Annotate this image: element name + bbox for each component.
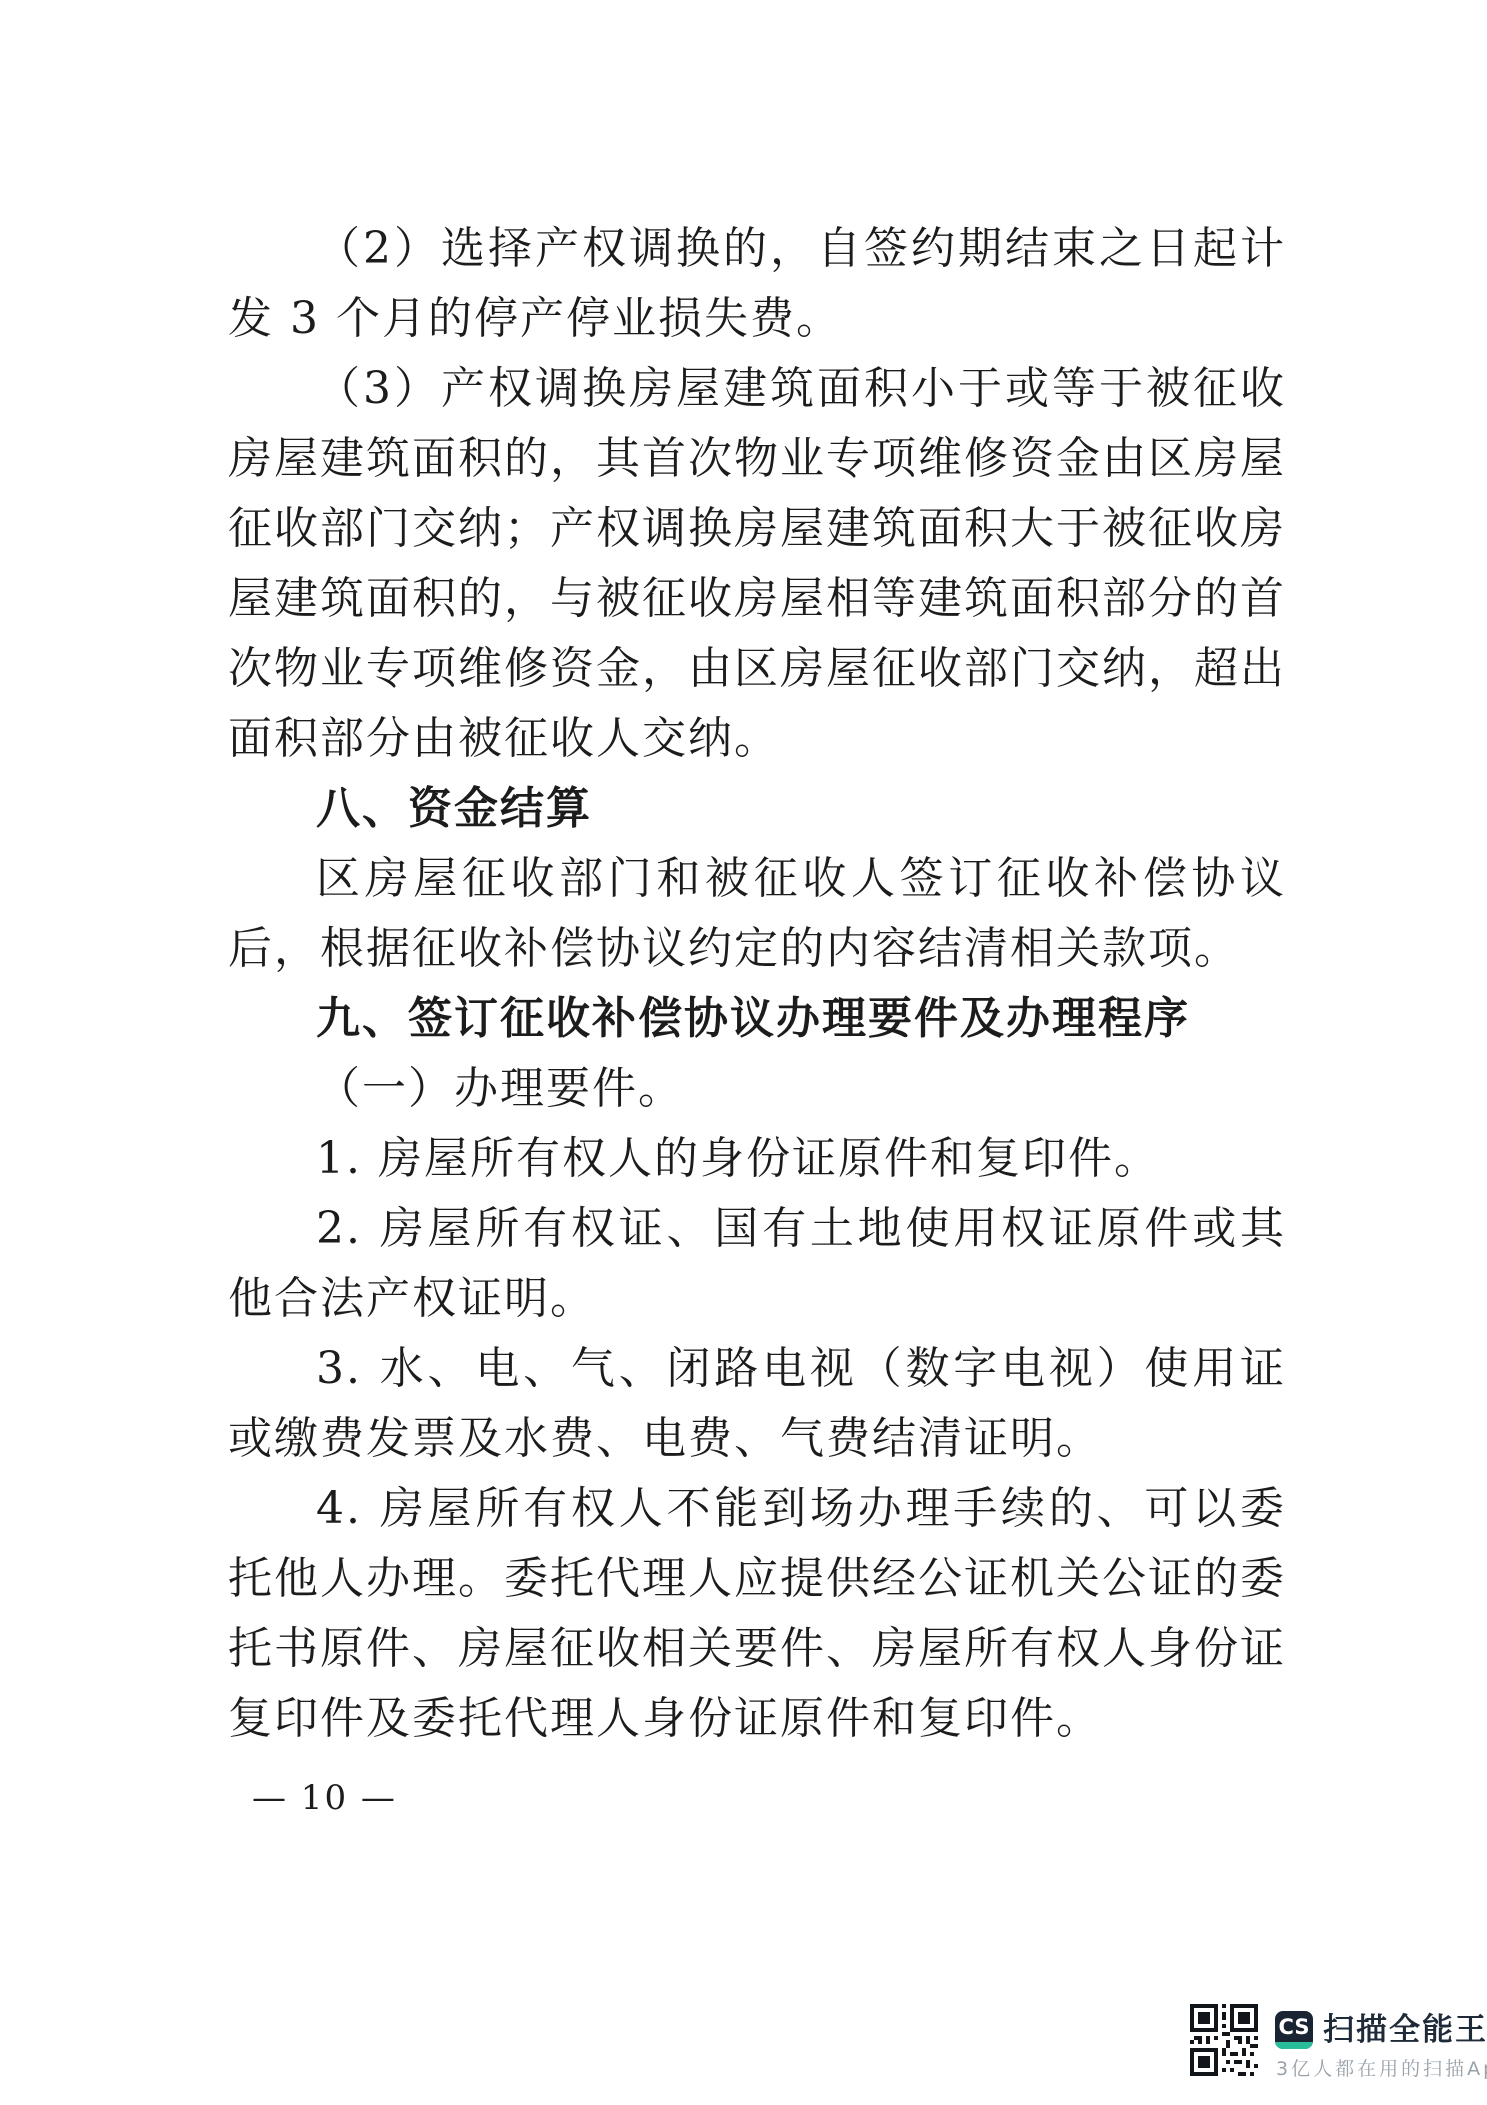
- camscanner-logo-icon: CS: [1275, 2011, 1313, 2049]
- section-heading-9: 九、签订征收补偿协议办理要件及办理程序: [228, 984, 1286, 1054]
- camscanner-watermark: CS 扫描全能王 3亿人都在用的扫描App: [1190, 2002, 1460, 2082]
- document-body: （2）选择产权调换的，自签约期结束之日起计发 3 个月的停产停业损失费。 （3）…: [228, 214, 1286, 1754]
- page-number: — 10 —: [252, 1778, 397, 1818]
- camscanner-logo-text: CS: [1275, 2011, 1313, 2043]
- list-item-1: 1. 房屋所有权人的身份证原件和复印件。: [228, 1124, 1286, 1194]
- camscanner-app-name: 扫描全能王: [1323, 2013, 1487, 2047]
- document-page: （2）选择产权调换的，自签约期结束之日起计发 3 个月的停产停业损失费。 （3）…: [0, 0, 1487, 2105]
- paragraph-compensation-3: （3）产权调换房屋建筑面积小于或等于被征收房屋建筑面积的，其首次物业专项维修资金…: [228, 354, 1286, 774]
- paragraph-settlement: 区房屋征收部门和被征收人签订征收补偿协议后，根据征收补偿协议约定的内容结清相关款…: [228, 844, 1286, 984]
- section-heading-8: 八、资金结算: [228, 774, 1286, 844]
- camscanner-tagline: 3亿人都在用的扫描App: [1276, 2054, 1487, 2081]
- list-item-3: 3. 水、电、气、闭路电视（数字电视）使用证或缴费发票及水费、电费、气费结清证明…: [228, 1334, 1286, 1474]
- camscanner-logo-strip: [1275, 2042, 1313, 2049]
- qr-code-icon: [1190, 2004, 1258, 2076]
- paragraph-compensation-2: （2）选择产权调换的，自签约期结束之日起计发 3 个月的停产停业损失费。: [228, 214, 1286, 354]
- list-item-4: 4. 房屋所有权人不能到场办理手续的、可以委托他人办理。委托代理人应提供经公证机…: [228, 1474, 1286, 1754]
- list-item-2: 2. 房屋所有权证、国有土地使用权证原件或其他合法产权证明。: [228, 1194, 1286, 1334]
- subsection-requirements: （一）办理要件。: [228, 1054, 1286, 1124]
